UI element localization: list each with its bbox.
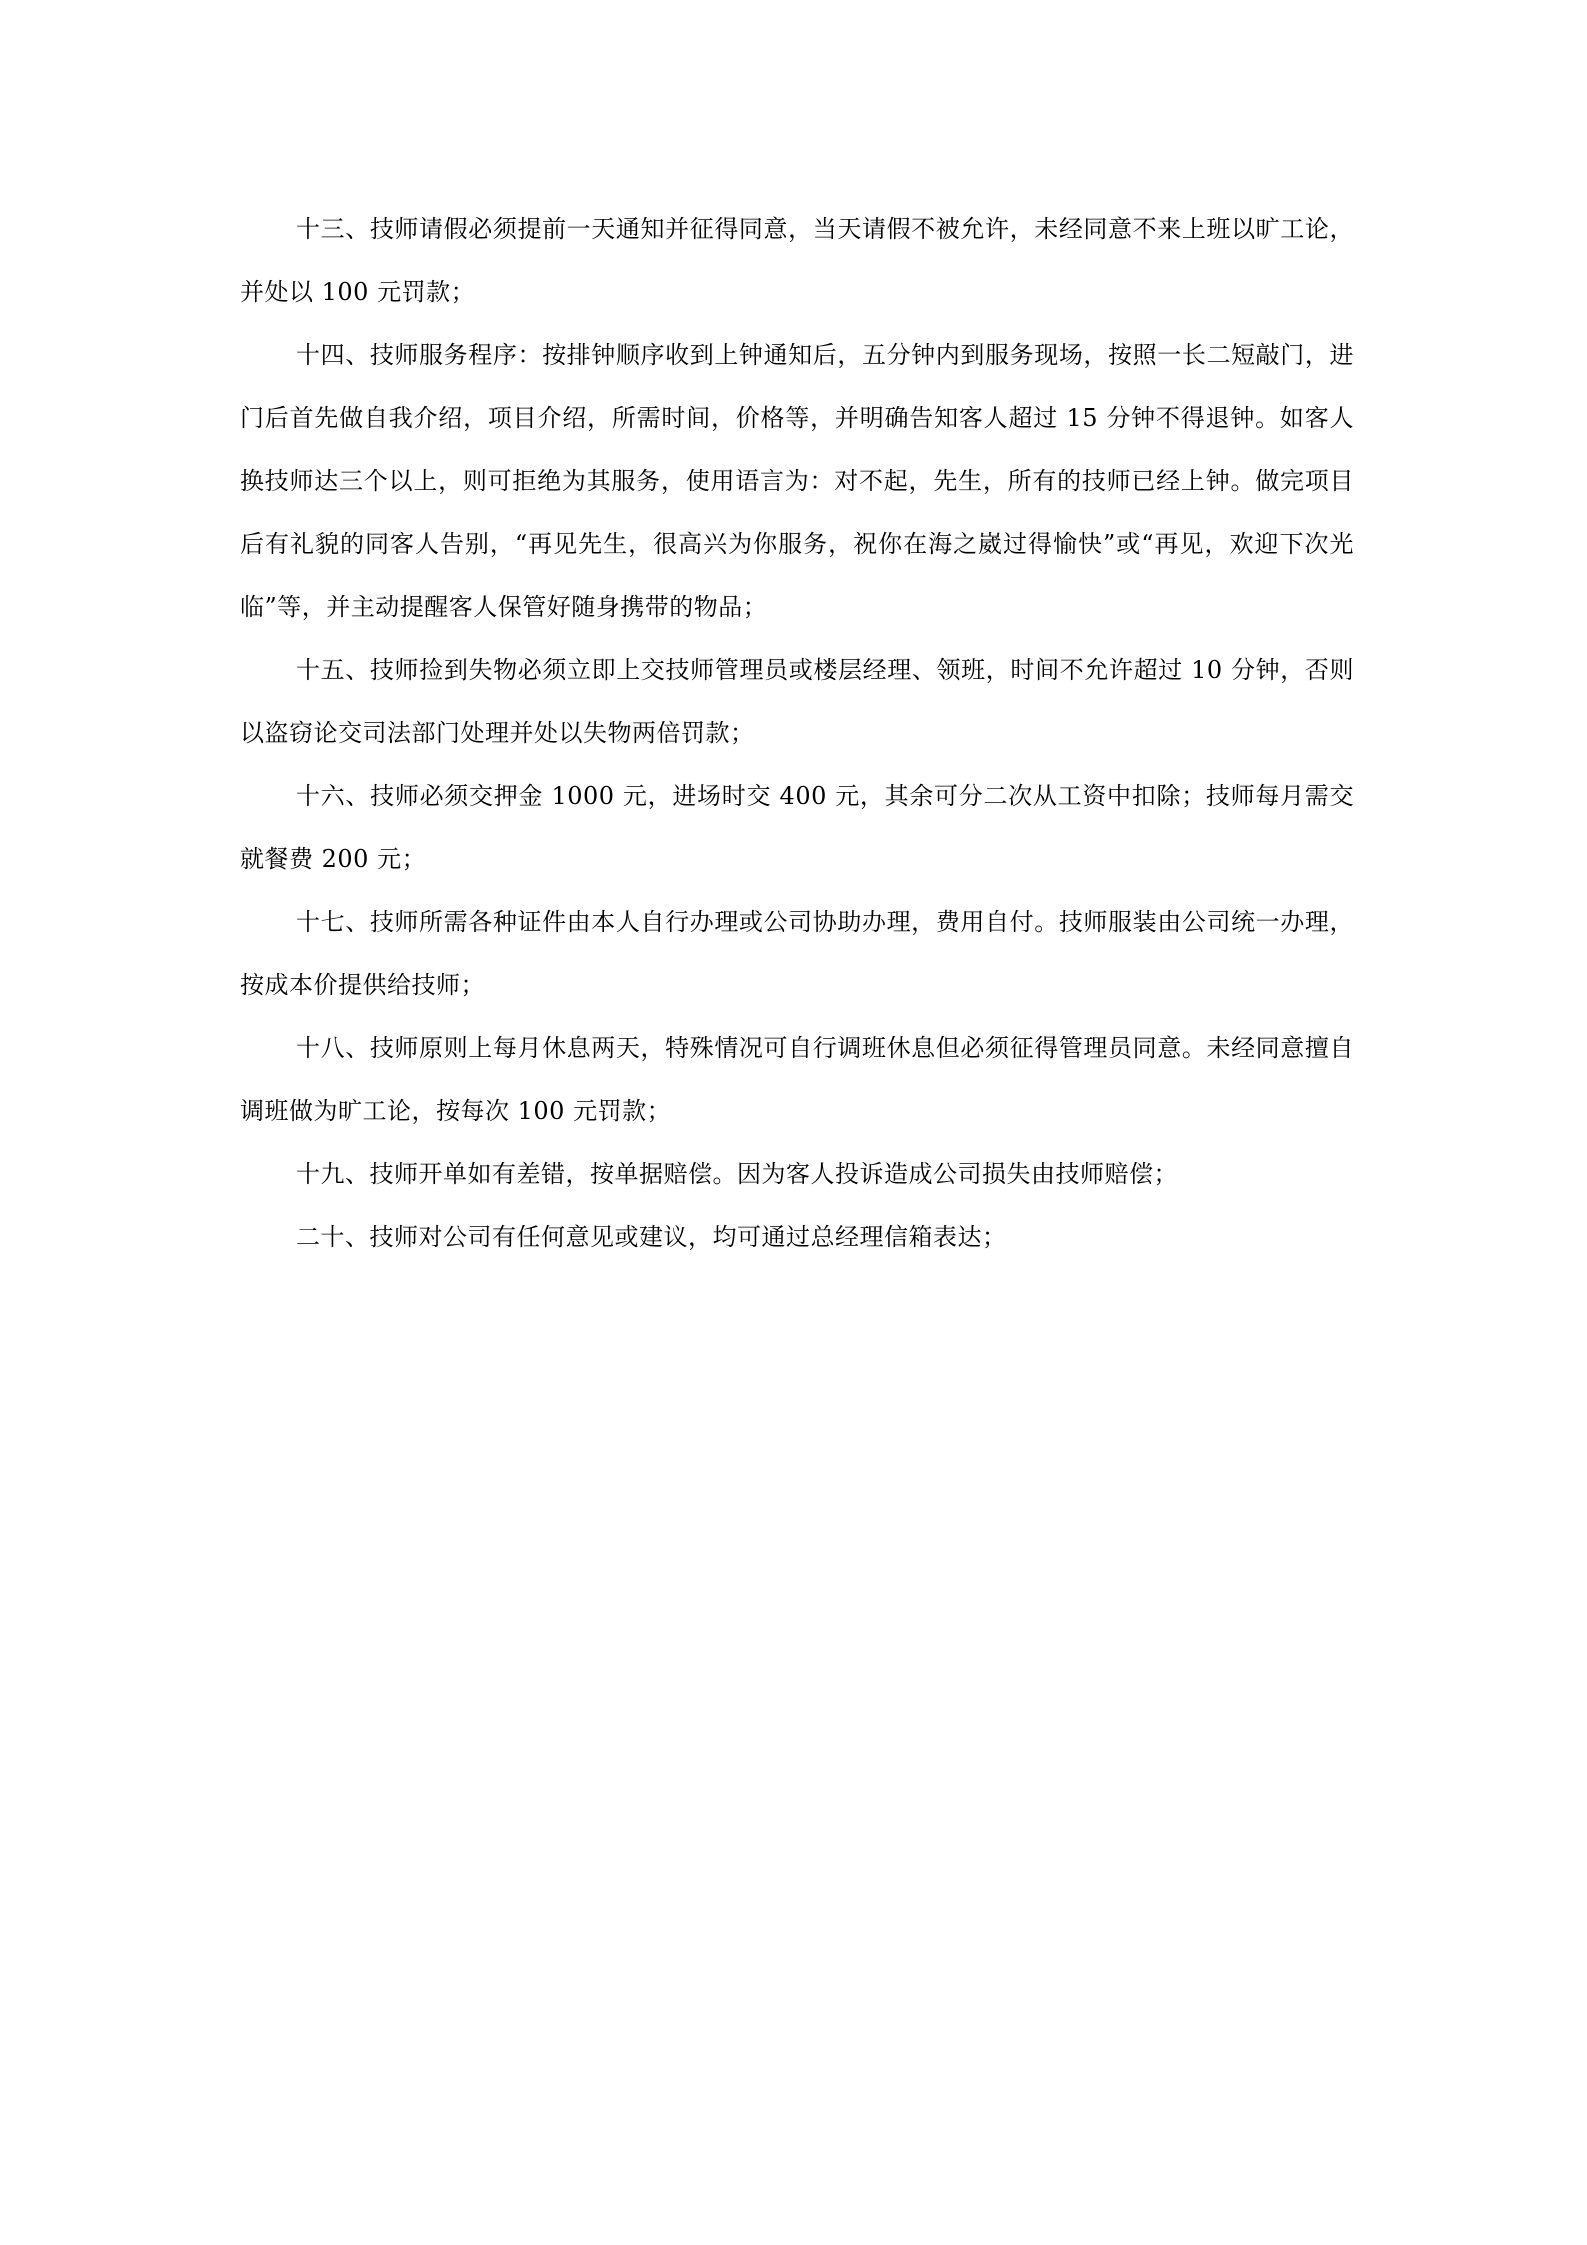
rule-paragraph-17: 十七、技师所需各种证件由本人自行办理或公司协助办理，费用自付。技师服装由公司统一… bbox=[240, 891, 1354, 1017]
rule-paragraph-15: 十五、技师捡到失物必须立即上交技师管理员或楼层经理、领班，时间不允许超过 10 … bbox=[240, 639, 1354, 765]
rule-paragraph-18: 十八、技师原则上每月休息两天，特殊情况可自行调班休息但必须征得管理员同意。未经同… bbox=[240, 1017, 1354, 1143]
rule-paragraph-14: 十四、技师服务程序：按排钟顺序收到上钟通知后，五分钟内到服务现场，按照一长二短敲… bbox=[240, 324, 1354, 639]
document-body: 十三、技师请假必须提前一天通知并征得同意，当天请假不被允许，未经同意不来上班以旷… bbox=[240, 198, 1354, 1269]
rule-paragraph-13: 十三、技师请假必须提前一天通知并征得同意，当天请假不被允许，未经同意不来上班以旷… bbox=[240, 198, 1354, 324]
rule-paragraph-20: 二十、技师对公司有任何意见或建议，均可通过总经理信箱表达； bbox=[240, 1206, 1354, 1269]
rule-paragraph-16: 十六、技师必须交押金 1000 元，进场时交 400 元，其余可分二次从工资中扣… bbox=[240, 765, 1354, 891]
rule-paragraph-19: 十九、技师开单如有差错，按单据赔偿。因为客人投诉造成公司损失由技师赔偿； bbox=[240, 1143, 1354, 1206]
document-page: 十三、技师请假必须提前一天通知并征得同意，当天请假不被允许，未经同意不来上班以旷… bbox=[0, 0, 1587, 2245]
